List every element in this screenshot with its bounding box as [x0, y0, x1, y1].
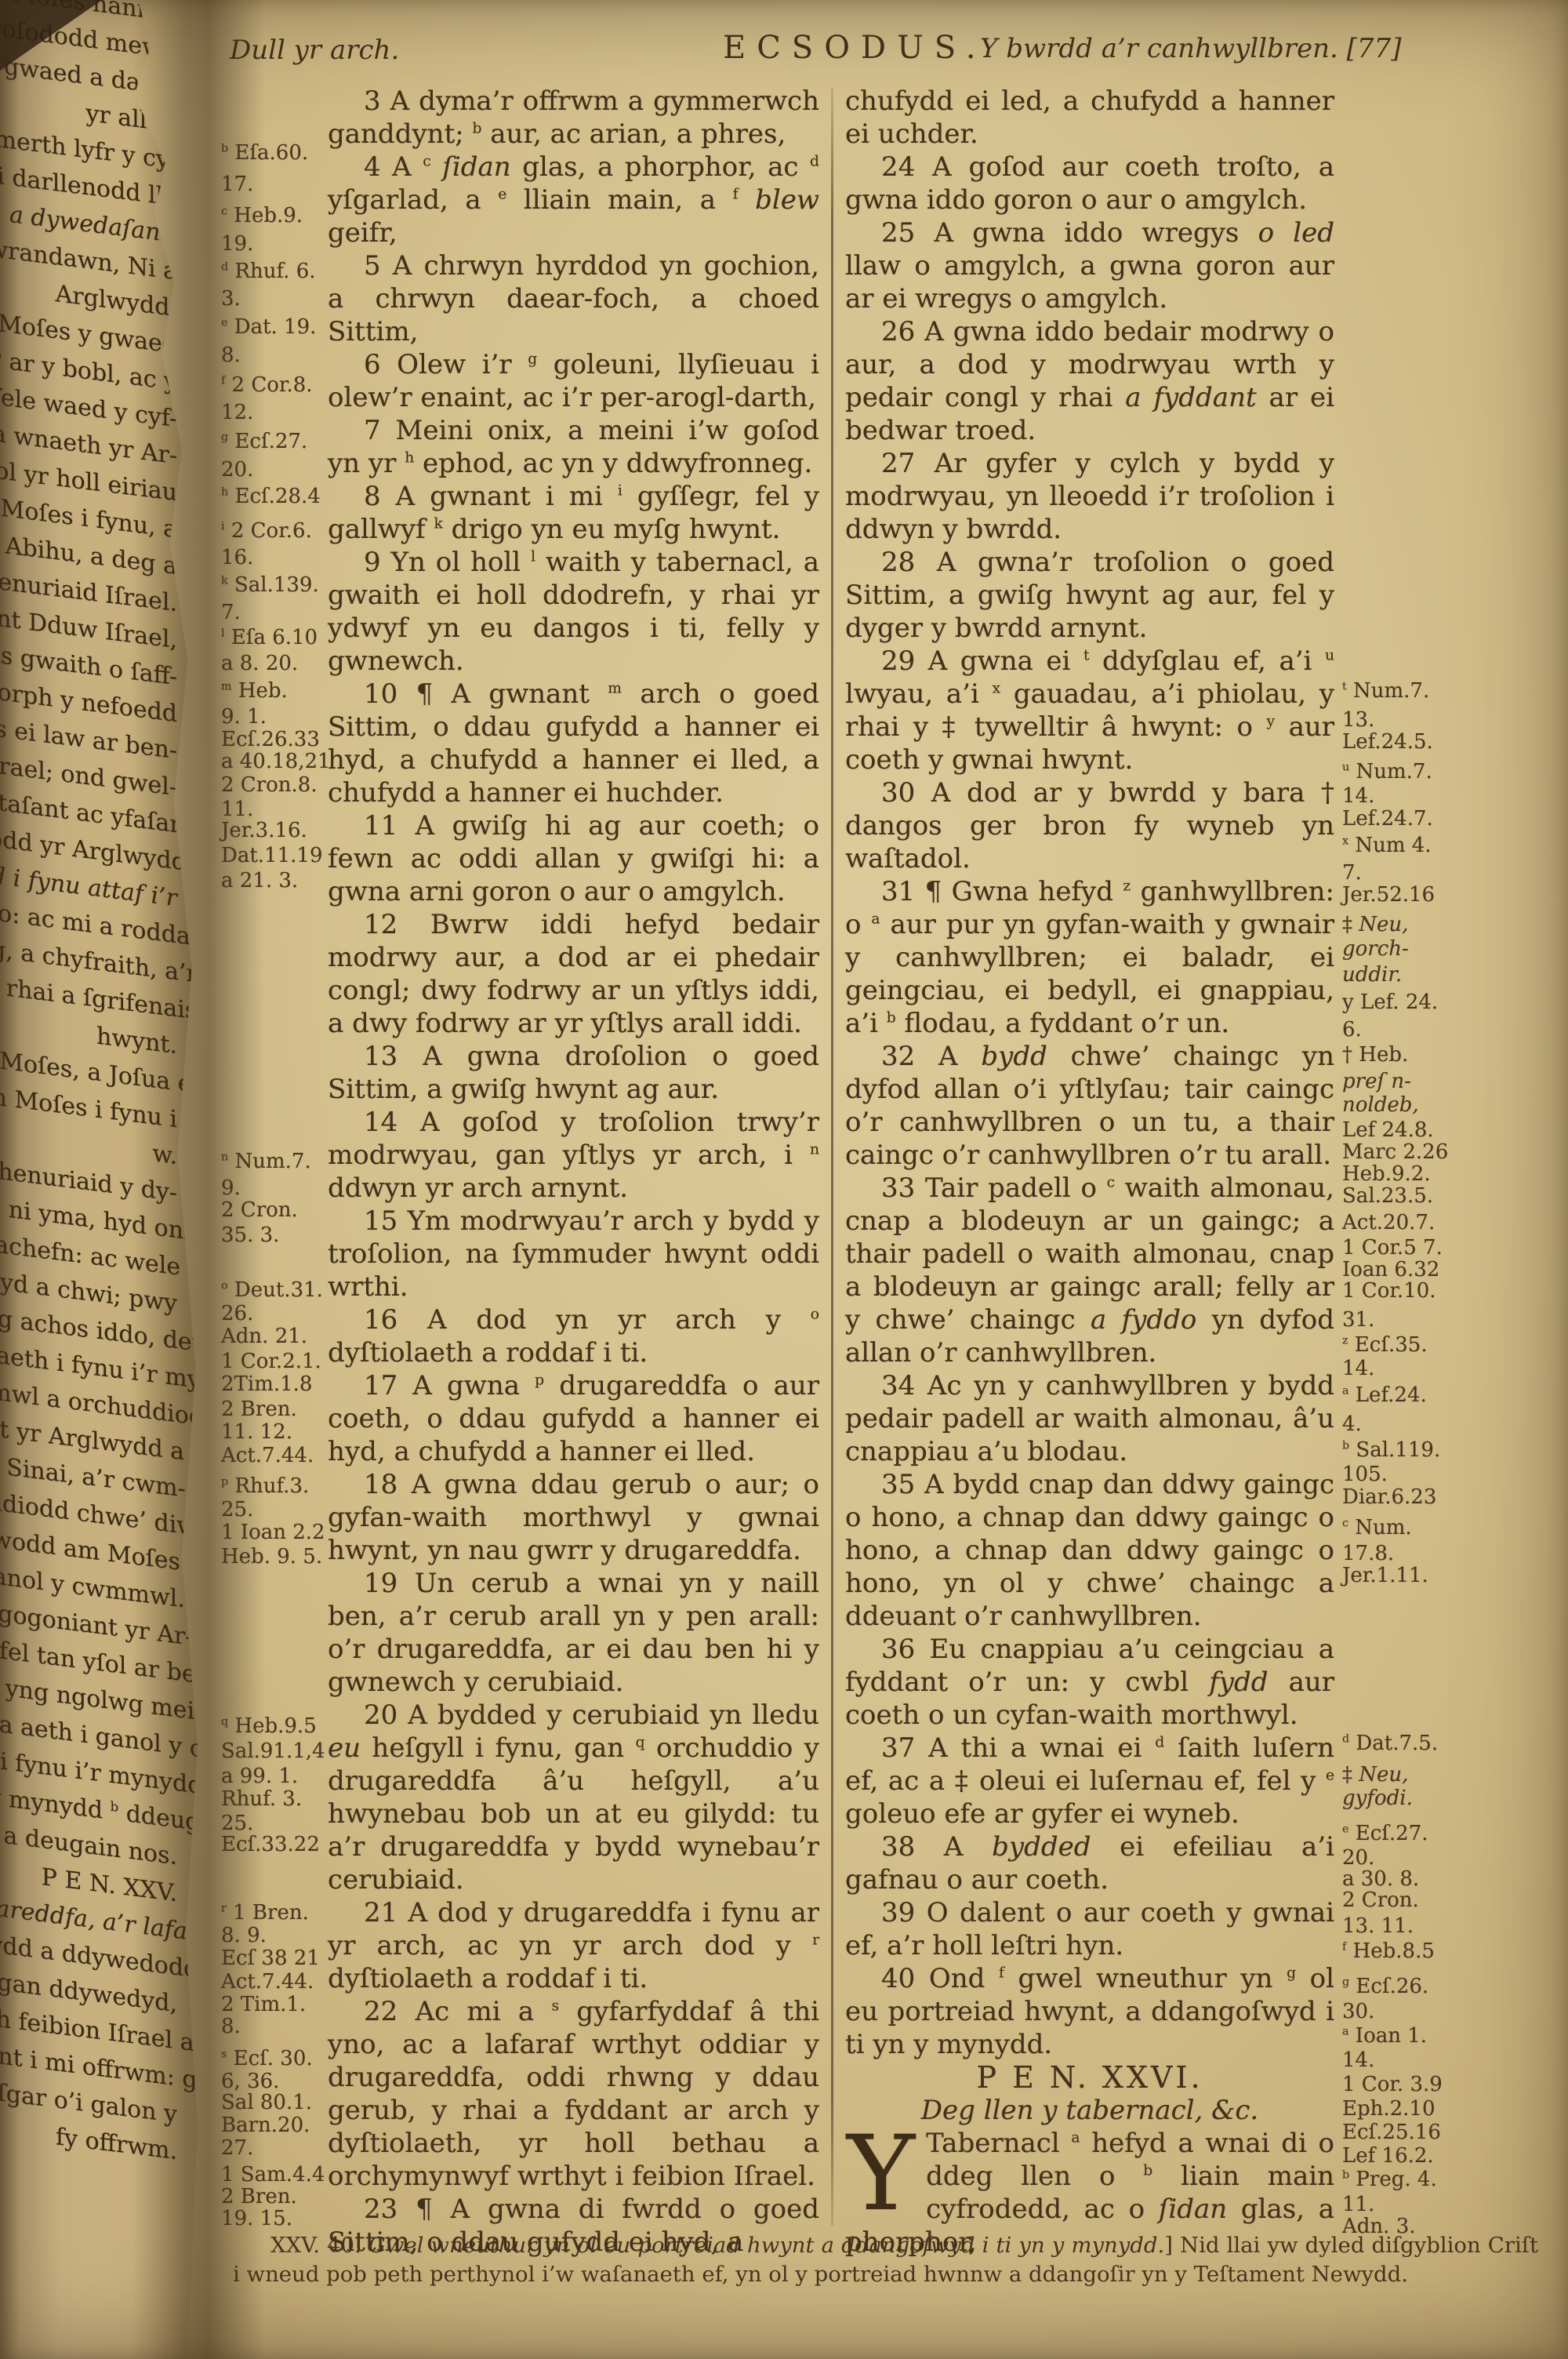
verse-paragraph: 31 ¶ Gwna hefyd z ganhwyllbren: o a aur …: [845, 875, 1334, 1040]
margin-reference: c Num.: [1342, 1518, 1543, 1538]
margin-reference: 1 Cor.10.: [1342, 1281, 1543, 1301]
margin-reference: Ioan 6.32: [1342, 1259, 1543, 1280]
margin-reference: 14.: [1342, 1358, 1543, 1379]
margin-reference: Barn.20.: [221, 2115, 331, 2135]
margin-reference: t Num.7.: [1342, 681, 1543, 701]
margin-reference: 7.: [221, 602, 331, 623]
margin-reference: 4.: [1342, 1414, 1543, 1434]
margin-reference: g Ecſ.26.: [1342, 1976, 1543, 1997]
chapter-summary: Deg llen y tabernacl, &c.: [845, 2094, 1334, 2127]
margin-reference: Eph.2.10: [1342, 2099, 1543, 2119]
margin-reference: f Heb.8.5: [1342, 1941, 1543, 1961]
margin-reference: 9.: [221, 1178, 331, 1198]
printed-page: Dull yr arch. ECSODUS. Y bwrdd a’r canhw…: [0, 0, 1568, 2359]
margin-reference: 2 Cron.: [1342, 1890, 1543, 1910]
margin-reference: 11.: [1342, 2194, 1543, 2215]
margin-reference: Lef.24.7.: [1342, 809, 1543, 829]
margin-reference: f 2 Cor.8.: [221, 375, 331, 395]
margin-reference: y Lef. 24.: [1342, 992, 1543, 1012]
verse-paragraph: 7 Meini onix, a meini i’w goſod yn yr h …: [328, 414, 819, 480]
margin-reference: 14.: [1342, 786, 1543, 806]
margin-reference: ‡ Neu,: [1342, 914, 1543, 935]
verse-paragraph: 40 Ond f gwel wneuthur yn g ol eu portre…: [845, 1962, 1334, 2061]
margin-reference: 2 Tim.1.: [221, 1994, 331, 2015]
verse-paragraph: 25 A gwna iddo wregys o led llaw o amgyl…: [845, 216, 1334, 315]
margin-reference: 26.: [221, 1303, 331, 1324]
verse-paragraph: 37 A thi a wnai ei d ſaith luſern ef, ac…: [845, 1732, 1334, 1830]
verse-continuation: chufydd ei led, a chufydd a hanner ei uc…: [845, 85, 1334, 151]
margin-reference: 11.: [221, 799, 331, 820]
margin-reference: 1 Sam.4.4: [221, 2165, 331, 2185]
margin-reference: 25.: [221, 1499, 331, 1520]
book-title-header: ECSODUS.: [723, 30, 986, 66]
margin-reference: 19. 15.: [221, 2208, 331, 2229]
margin-reference: 2 Bren.: [221, 2186, 331, 2207]
margin-reference: n Num.7.: [221, 1151, 331, 1172]
margin-reference: Ecſ 38 21: [221, 1948, 331, 1968]
margin-reference: 20.: [1342, 1848, 1543, 1868]
column2-margin-references: t Num.7.13.Lef.24.5.u Num.7.14.Lef.24.7.…: [1342, 0, 1543, 2359]
commentary-footnote: XXV. 40. Gwel wneuthur yn ol eu portreia…: [233, 2231, 1538, 2289]
text-column-2: chufydd ei led, a chufydd a hanner ei uc…: [845, 85, 1334, 2259]
drop-cap: Y: [847, 2133, 915, 2215]
margin-reference: 16.: [221, 547, 331, 568]
margin-reference: Ecſ.25.16: [1342, 2122, 1543, 2143]
margin-reference: b Preg. 4.: [1342, 2169, 1543, 2190]
margin-reference: a 21. 3.: [221, 871, 331, 891]
margin-reference: a 8. 20.: [221, 653, 331, 674]
margin-reference: e Ecſ.27.: [1342, 1823, 1543, 1844]
margin-reference: r 1 Bren.: [221, 1903, 331, 1923]
margin-reference: Ecſ.26.33: [221, 729, 331, 750]
margin-reference: b Eſa.60.: [221, 143, 331, 163]
margin-reference: Act.20.7.: [1342, 1212, 1543, 1233]
verse-paragraph: 30 A dod ar y bwrdd y bara † dangos ger …: [845, 776, 1334, 875]
verse-paragraph: 19 Un cerub a wnai yn y naill ben, a’r c…: [328, 1567, 819, 1699]
verse-paragraph: 20 A bydded y cerubiaid yn lledu eu heſg…: [328, 1699, 819, 1896]
margin-reference: Jer.1.11.: [1342, 1565, 1543, 1586]
verse-paragraph: 14 A goſod y troſolion trwy’r modrwyau, …: [328, 1106, 819, 1205]
margin-reference: Lef 24.8.: [1342, 1120, 1543, 1140]
margin-reference: l Eſa 6.10: [221, 627, 331, 648]
margin-reference: a Lef.24.: [1342, 1385, 1543, 1405]
margin-reference: z Ecſ.35.: [1342, 1335, 1543, 1355]
verse-paragraph: 24 A goſod aur coeth troſto, a gwna iddo…: [845, 151, 1334, 216]
margin-reference: 13.: [1342, 710, 1543, 730]
margin-reference: c Heb.9.: [221, 205, 331, 226]
verse-paragraph: 22 Ac mi a s gyfarfyddaf â thi yno, ac a…: [328, 1995, 819, 2193]
margin-reference: 8.: [221, 2016, 331, 2037]
margin-reference: 27.: [221, 2138, 331, 2158]
margin-reference: Act.7.44.: [221, 1445, 331, 1466]
margin-reference: 20.: [221, 460, 331, 480]
margin-reference: 17.: [221, 174, 331, 194]
margin-reference: a 30. 8.: [1342, 1869, 1543, 1889]
margin-reference: Heb.9.2.: [1342, 1164, 1543, 1184]
verse-paragraph: 28 A gwna’r troſolion o goed Sittim, a g…: [845, 546, 1334, 645]
book-page-scan: odd Moſes hannera’i goſododd mewnnner y …: [0, 0, 1568, 2359]
margin-reference: ‡ Neu,: [1342, 1765, 1543, 1785]
verse-paragraph: 35 A bydd cnap dan ddwy gaingc o hono, a…: [845, 1468, 1334, 1633]
margin-reference: 13. 11.: [1342, 1916, 1543, 1936]
margin-reference: m Heb.: [221, 681, 331, 701]
verse-paragraph: 11 A gwiſg hi ag aur coeth; o fewn ac od…: [328, 809, 819, 908]
margin-reference: Dat.11.19: [221, 845, 331, 866]
verse-paragraph: 18 A gwna ddau gerub o aur; o gyfan-wait…: [328, 1468, 819, 1567]
margin-reference: p Rhuf.3.: [221, 1476, 331, 1496]
margin-reference: b Sal.119.: [1342, 1440, 1543, 1460]
margin-reference: Rhuf. 3.: [221, 1789, 331, 1809]
verse-paragraph: 15 Ym modrwyau’r arch y bydd y troſolion…: [328, 1205, 819, 1303]
verse-paragraph: 36 Eu cnappiau a’u ceingciau a fyddant o…: [845, 1633, 1334, 1732]
margin-reference: d Rhuf. 6.: [221, 261, 331, 282]
verse-paragraph: 29 A gwna ei t ddyſglau ef, a’i u lwyau,…: [845, 645, 1334, 776]
margin-reference: Heb. 9. 5.: [221, 1547, 331, 1567]
margin-reference: Lef.24.5.: [1342, 732, 1543, 752]
text-column-1: 3 A dyma’r offrwm a gymmerwch ganddynt; …: [328, 85, 819, 2259]
verse-paragraph: 12 Bwrw iddi hefyd bedair modrwy aur, a …: [328, 908, 819, 1040]
column2-verses: 24 A goſod aur coeth troſto, a gwna iddo…: [845, 151, 1334, 2061]
margin-reference: 6.: [1342, 1020, 1543, 1040]
margin-reference: 11. 12.: [221, 1422, 331, 1442]
verse-paragraph: 21 A dod y drugareddfa i fynu ar yr arch…: [328, 1896, 819, 1995]
margin-reference: o Deut.31.: [221, 1280, 331, 1300]
margin-reference: i 2 Cor.6.: [221, 521, 331, 541]
verse-paragraph: 34 Ac yn y canhwyllbren y bydd pedair pa…: [845, 1369, 1334, 1468]
margin-reference: k Sal.139.: [221, 575, 331, 595]
margin-reference: s Ecſ. 30.: [221, 2048, 331, 2069]
verse-paragraph: 39 O dalent o aur coeth y gwnai ef, a’r …: [845, 1896, 1334, 1962]
margin-reference: a Ioan 1.: [1342, 2026, 1543, 2046]
margin-reference: noldeb,: [1342, 1095, 1543, 1115]
margin-reference: 19.: [221, 234, 331, 254]
margin-reference: u Num.7.: [1342, 761, 1543, 782]
margin-reference: a 99. 1.: [221, 1766, 331, 1787]
column1-margin-references: b Eſa.60.17.c Heb.9.19.d Rhuf. 6.3.e Dat…: [221, 0, 331, 2359]
verse-paragraph: 13 A gwna droſolion o goed Sittim, a gwi…: [328, 1040, 819, 1106]
margin-reference: 12.: [221, 402, 331, 423]
margin-reference: q Heb.9.5: [221, 1716, 331, 1736]
margin-reference: Ecſ.33.22: [221, 1834, 331, 1855]
verse-paragraph: 4 A c ſidan glas, a phorphor, ac d yſgar…: [328, 151, 819, 249]
margin-reference: uddir.: [1342, 965, 1543, 985]
margin-reference: 2 Bren.: [221, 1399, 331, 1419]
verse-paragraph: 16 A dod yn yr arch y o dyſtiolaeth a ro…: [328, 1303, 819, 1369]
margin-reference: 1 Cor. 3.9: [1342, 2074, 1543, 2095]
verse-paragraph: 9 Yn ol holl l waith y tabernacl, a gwai…: [328, 546, 819, 678]
margin-reference: 8.: [221, 345, 331, 365]
verse-paragraph: 3 A dyma’r offrwm a gymmerwch ganddynt; …: [328, 85, 819, 151]
verse-paragraph: 8 A gwnant i mi i gyſſegr, fel y gallwyf…: [328, 480, 819, 546]
margin-reference: 35. 3.: [221, 1225, 331, 1245]
running-header-right: Y bwrdd a’r canhwyllbren. [77]: [980, 33, 1401, 64]
verse-paragraph: 6 Olew i’r g goleuni, llyſieuau i olew’r…: [328, 348, 819, 414]
margin-reference: 30.: [1342, 2001, 1543, 2022]
margin-reference: preſ n-: [1342, 1071, 1543, 1092]
verse-paragraph: 38 A bydded ei efeiliau a’i gafnau o aur…: [845, 1830, 1334, 1896]
verse-paragraph: 27 Ar gyfer y cylch y bydd y modrwyau, y…: [845, 447, 1334, 546]
margin-reference: 9. 1.: [221, 707, 331, 727]
margin-reference: Jer.3.16.: [221, 820, 331, 841]
chapter-heading: P E N. XXVI.: [845, 2061, 1334, 2094]
margin-reference: † Heb.: [1342, 1045, 1543, 1065]
verse-paragraph: 17 A gwna p drugareddfa o aur coeth, o d…: [328, 1369, 819, 1468]
margin-reference: Act.7.44.: [221, 1972, 331, 1992]
verse-paragraph: 32 A bydd chwe’ chaingc yn dyfod allan o…: [845, 1040, 1334, 1172]
margin-reference: 6, 36.: [221, 2071, 331, 2092]
margin-reference: Adn. 21.: [221, 1326, 331, 1347]
margin-reference: Sal.23.5.: [1342, 1186, 1543, 1206]
margin-reference: Marc 2.26: [1342, 1142, 1543, 1162]
margin-reference: 1 Cor.2.1.: [221, 1351, 331, 1372]
margin-reference: 1 Ioan 2.2: [221, 1522, 331, 1543]
margin-reference: 1 Cor.5 7.: [1342, 1238, 1543, 1258]
margin-reference: 7.: [1342, 863, 1543, 883]
column-divider-rule: [831, 88, 833, 2226]
margin-reference: 105.: [1342, 1464, 1543, 1485]
margin-reference: 8. 9.: [221, 1925, 331, 1946]
margin-reference: Lef 16.2.: [1342, 2146, 1543, 2166]
verse-paragraph: 5 A chrwyn hyrddod yn gochion, a chrwyn …: [328, 249, 819, 348]
margin-reference: e Dat. 19.: [221, 317, 331, 337]
margin-reference: g Ecſ.27.: [221, 431, 331, 452]
margin-reference: 14.: [1342, 2050, 1543, 2070]
margin-reference: gorch-: [1342, 939, 1543, 959]
margin-reference: 17.8.: [1342, 1543, 1543, 1564]
margin-reference: 25.: [221, 1813, 331, 1834]
margin-reference: gyfodi.: [1342, 1788, 1543, 1808]
margin-reference: 3.: [221, 289, 331, 309]
verse-paragraph: 33 Tair padell o c waith almonau, cnap a…: [845, 1172, 1334, 1369]
margin-reference: 2Tim.1.8: [221, 1374, 331, 1394]
verse-paragraph: 10 ¶ A gwnant m arch o goed Sittim, o dd…: [328, 678, 819, 809]
verse-paragraph: 26 A gwna iddo bedair modrwy o aur, a do…: [845, 315, 1334, 447]
margin-reference: 31.: [1342, 1310, 1543, 1330]
margin-reference: 2 Cron.: [221, 1200, 331, 1220]
margin-reference: x Num 4.: [1342, 835, 1543, 856]
margin-reference: Sal.91.1,4: [221, 1741, 331, 1761]
margin-reference: d Dat.7.5.: [1342, 1733, 1543, 1754]
margin-reference: Diar.6.23: [1342, 1487, 1543, 1507]
margin-reference: h Ecſ.28.4: [221, 486, 331, 507]
margin-reference: 2 Cron.8.: [221, 775, 331, 795]
margin-reference: Sal 80.1.: [221, 2092, 331, 2113]
margin-reference: a 40.18,21: [221, 751, 331, 772]
margin-reference: Jer.52.16: [1342, 885, 1543, 905]
